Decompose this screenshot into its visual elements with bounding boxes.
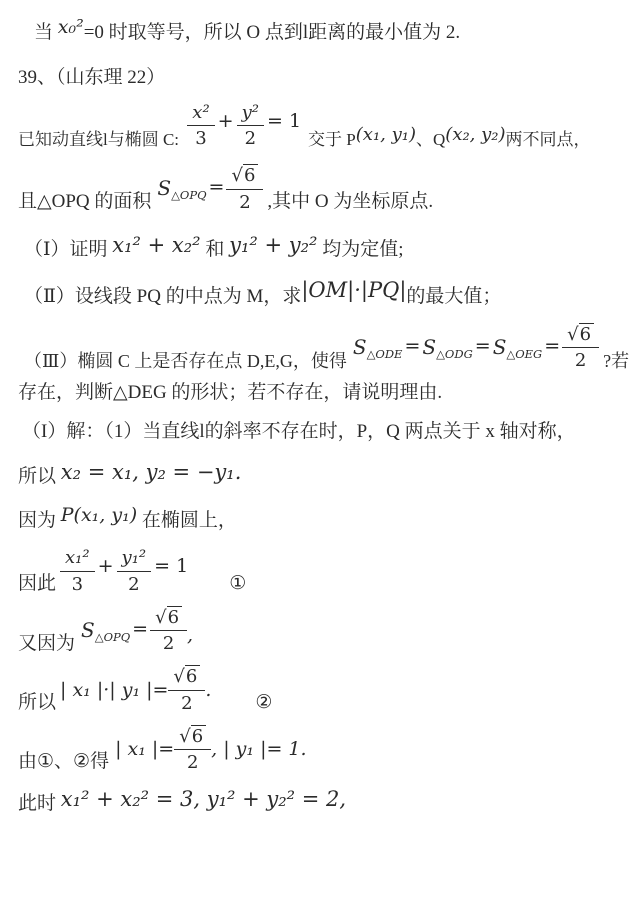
numerator: x₁²	[60, 547, 95, 571]
text-run: 均为定值;	[317, 239, 403, 260]
formula-x0-squared: x₀²	[58, 16, 84, 38]
equals-operator: =	[132, 619, 148, 641]
formula-point-p: P(x₁, y₁)	[61, 504, 137, 526]
line-symmetry-result: 所以 x₂ = x₁, y₂ = −y₁.	[18, 460, 630, 492]
fraction-x2-over-3: x²3	[187, 102, 214, 149]
text-run: 此时	[18, 793, 61, 814]
denominator: 2	[163, 631, 174, 654]
denominator: 3	[195, 126, 206, 149]
S-symbol: S	[353, 335, 367, 359]
text-run: 所以	[18, 692, 56, 714]
radicand: 6	[191, 725, 206, 747]
formula-area-S-ODE: S△ODE	[353, 336, 403, 360]
radicand: 6	[167, 606, 182, 628]
formula-x-squares-sum: x₁² + x₂²	[112, 233, 200, 257]
line-solved-values: 由①、②得 | x₁ |= √62 , | y₁ |= 1.	[18, 726, 630, 773]
formula-area-S-OPQ: S△OPQ	[81, 619, 130, 643]
text-run: （I）解：（1）当直线l的斜率不存在时，P，Q 两点关于 x 轴对称，	[22, 421, 576, 442]
text-run: （Ⅱ）设线段 PQ 的中点为 M，求	[24, 286, 301, 307]
formula-abs-y1: , | y₁ |= 1.	[211, 739, 306, 761]
numerator: x²	[187, 102, 214, 126]
formula-abs-x1: | x₁ |=	[115, 739, 174, 761]
denominator: 2	[245, 126, 256, 149]
equals-one: = 1	[154, 556, 188, 578]
point-q-coords: (x₂, y₂)	[445, 125, 505, 146]
equals-operator: =	[544, 336, 560, 358]
S-symbol: S	[157, 176, 171, 200]
line-part1-question: （Ⅰ）证明 x₁² + x₂² 和 y₁² + y₂² 均为定值;	[24, 233, 630, 265]
formula-abs-product: | x₁ |·| y₁ |=	[60, 680, 168, 702]
formula-squares-values: x₁² + x₂² = 3, y₁² + y₂² = 2,	[61, 787, 346, 811]
denominator: 2	[128, 572, 139, 595]
line-point-on-ellipse: 因为 P(x₁, y₁) 在椭圆上，	[18, 506, 630, 536]
formula-area-S-OEG: S△OEG	[493, 336, 543, 360]
numerator: √6	[174, 726, 211, 750]
radicand: 6	[185, 665, 200, 687]
formula-OM-PQ-product: |OM|·|PQ|	[301, 278, 406, 302]
line-problem-39-heading: 39、（山东理 22）	[18, 64, 630, 93]
equals-one: = 1	[267, 111, 301, 133]
equals-operator: =	[404, 336, 420, 358]
text-run: 两不同点，	[506, 130, 591, 150]
text-run: 因此	[18, 573, 56, 595]
radicand: 6	[579, 323, 594, 345]
period: .	[205, 680, 211, 702]
fraction-y1sq-over-2: y₁²2	[117, 547, 152, 594]
line-area-restate: 又因为 S△OPQ = √62 ,	[18, 607, 630, 654]
text-run: （Ⅰ）证明	[24, 239, 112, 260]
line-part3-question-cont: 存在，判断△DEG 的形状；若不存在，请说明理由.	[18, 379, 630, 408]
numerator: √6	[562, 324, 599, 348]
S-symbol: S	[81, 618, 95, 642]
radical-sign: √	[179, 726, 190, 747]
text-run: =0 时取等号，所以 O 点到l距离的最小值为 2.	[84, 22, 460, 43]
equation-tag-1: ①	[229, 573, 246, 595]
line-equality-condition: 当 x₀²=0 时取等号，所以 O 点到l距离的最小值为 2.	[34, 18, 630, 48]
text-run: 且△OPQ 的面积	[18, 191, 151, 213]
equation-tag-2: ②	[255, 692, 272, 714]
comma: ,	[187, 625, 193, 647]
denominator: 2	[187, 750, 198, 773]
triangle-subscript: △OPQ	[171, 188, 206, 202]
fraction-sqrt6-over-2: √62	[226, 165, 263, 212]
point-p-coords: (x₁, y₁)	[356, 125, 416, 146]
text-run: 的最大值；	[406, 286, 501, 307]
line-ellipse-eq-numbered-1: 因此 x₁²3 + y₁²2 = 1 ①	[18, 547, 630, 594]
plus-operator: +	[98, 556, 114, 578]
text-run: （Ⅲ）椭圆 C 上是否存在点 D,E,G，使得	[24, 351, 347, 372]
numerator: y₁²	[117, 547, 152, 571]
radical-sign: √	[173, 666, 184, 687]
denominator: 3	[72, 572, 83, 595]
radical-sign: √	[231, 165, 242, 186]
text-run: 交于 P	[308, 130, 356, 150]
formula-symmetry: x₂ = x₁, y₂ = −y₁.	[61, 460, 242, 484]
line-sum-of-squares-result: 此时 x₁² + x₂² = 3, y₁² + y₂² = 2,	[18, 787, 630, 819]
line-area-condition: 且△OPQ 的面积 S△OPQ = √62 ,其中 O 为坐标原点.	[18, 165, 630, 212]
line-solution-start: （I）解：（1）当直线l的斜率不存在时，P，Q 两点关于 x 轴对称，	[22, 418, 630, 447]
fraction-y2-over-2: y²2	[237, 102, 264, 149]
S-symbol: S	[422, 335, 436, 359]
radicand: 6	[243, 164, 258, 186]
triangle-subscript: △OPQ	[95, 630, 130, 644]
text-run: ?若	[603, 351, 629, 372]
triangle-subscript: △ODG	[436, 347, 473, 361]
formula-area-S-OPQ: S△OPQ	[157, 177, 206, 201]
denominator: 2	[239, 190, 250, 213]
fraction-sqrt6-over-2: √62	[150, 607, 187, 654]
S-symbol: S	[493, 335, 507, 359]
plus-operator: +	[218, 111, 234, 133]
formula-area-S-ODG: S△ODG	[422, 336, 472, 360]
equals-operator: =	[475, 336, 491, 358]
radical-sign: √	[155, 607, 166, 628]
fraction-sqrt6-over-2: √62	[174, 726, 211, 773]
line-problem-statement-ellipse: 已知动直线l与椭圆 C: x²3 + y²2 = 1 交于 P (x₁, y₁)…	[18, 102, 630, 149]
text-run: 所以	[18, 466, 61, 487]
fraction-sqrt6-over-2: √62	[562, 324, 599, 371]
triangle-subscript: △OEG	[506, 347, 542, 361]
equals-operator: =	[209, 177, 225, 199]
text-run: 在椭圆上，	[137, 510, 237, 531]
fraction-x1sq-over-3: x₁²3	[60, 547, 95, 594]
scanned-math-document: 当 x₀²=0 时取等号，所以 O 点到l距离的最小值为 2. 39、（山东理 …	[0, 0, 640, 905]
radical-sign: √	[567, 324, 578, 345]
text-run: 由①、②得	[18, 751, 109, 773]
triangle-subscript: △ODE	[367, 347, 403, 361]
formula-y-squares-sum: y₁² + y₂²	[229, 233, 317, 257]
text-run: 和	[201, 239, 230, 260]
denominator: 2	[181, 691, 192, 714]
text-run: 存在，判断△DEG 的形状；若不存在，请说明理由.	[18, 382, 442, 403]
denominator: 2	[575, 348, 586, 371]
text-run: 又因为	[18, 633, 75, 655]
text-run: 因为	[18, 510, 61, 531]
numerator: √6	[168, 666, 205, 690]
numerator: √6	[226, 165, 263, 189]
line-part2-question: （Ⅱ）设线段 PQ 的中点为 M，求|OM|·|PQ|的最大值；	[24, 280, 630, 312]
problem-number: 39、（山东理 22）	[18, 67, 165, 88]
line-part3-question: （Ⅲ）椭圆 C 上是否存在点 D,E,G，使得 S△ODE = S△ODG = …	[24, 324, 630, 371]
fraction-sqrt6-over-2: √62	[168, 666, 205, 713]
numerator: y²	[237, 102, 264, 126]
line-product-eq-numbered-2: 所以 | x₁ |·| y₁ |= √62 . ②	[18, 666, 630, 713]
text-run: ,其中 O 为坐标原点.	[267, 191, 433, 213]
text-run: 、Q	[416, 130, 445, 150]
text-run: 已知动直线l与椭圆 C:	[18, 130, 183, 150]
text-run: 当	[34, 22, 58, 43]
numerator: √6	[150, 607, 187, 631]
